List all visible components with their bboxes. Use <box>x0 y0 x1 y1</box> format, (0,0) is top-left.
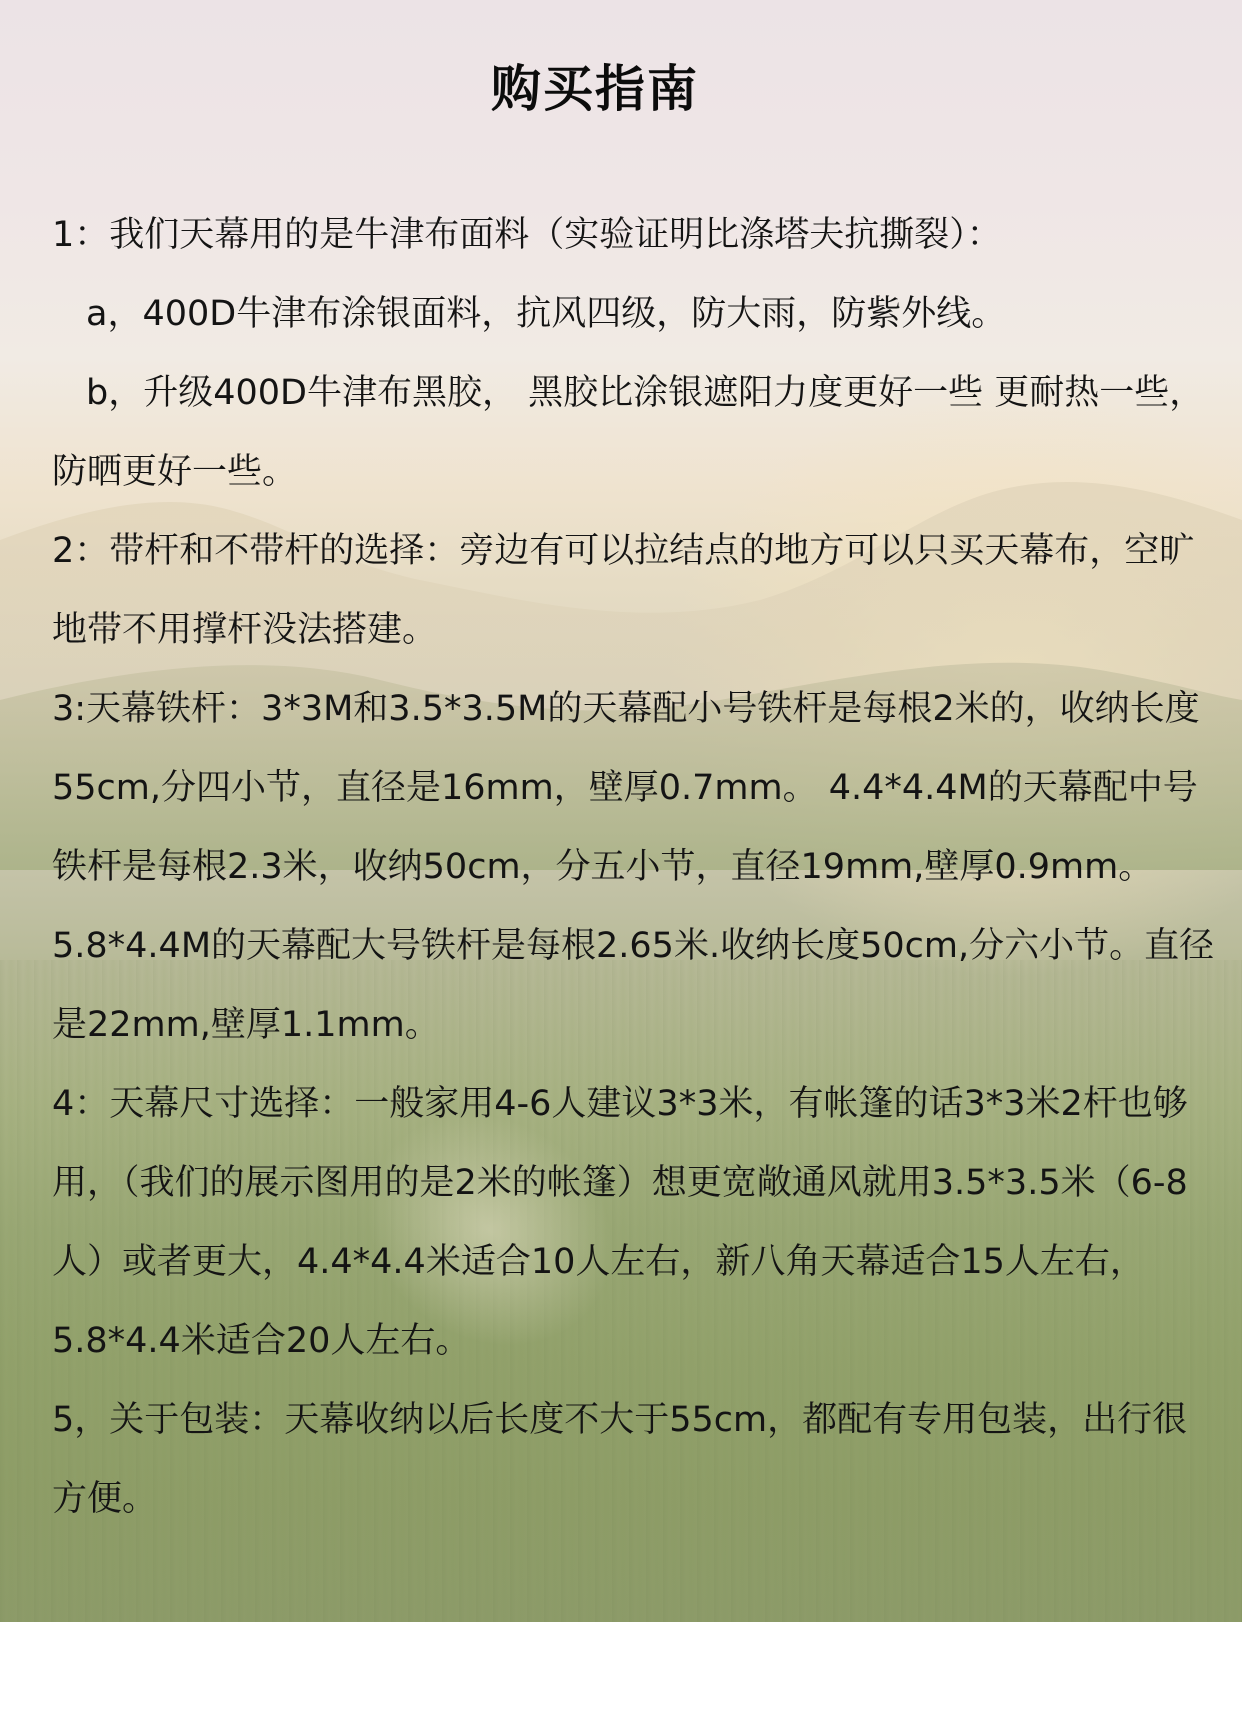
guide-text-line: 铁杆是每根2.3米，收纳50cm，分五小节，直径19mm,壁厚0.9mm。 <box>52 828 1202 907</box>
guide-text-line: 人）或者更大，4.4*4.4米适合10人左右，新八角天幕适合15人左右， <box>52 1223 1202 1302</box>
guide-text-line: 方便。 <box>52 1460 1202 1539</box>
guide-text-line: 用，（我们的展示图用的是2米的帐篷）想更宽敞通风就用3.5*3.5米（6-8 <box>52 1144 1202 1223</box>
guide-text-line: 是22mm,壁厚1.1mm。 <box>52 986 1202 1065</box>
guide-text-line: 防晒更好一些。 <box>52 433 1202 512</box>
guide-text-line: b，升级400D牛津布黑胶， 黑胶比涂银遮阳力度更好一些 更耐热一些， <box>52 354 1202 433</box>
guide-text-line: 1：我们天幕用的是牛津布面料（实验证明比涤塔夫抗撕裂）： <box>52 196 1202 275</box>
guide-text-line: 5.8*4.4M的天幕配大号铁杆是每根2.65米.收纳长度50cm,分六小节。直… <box>52 907 1202 986</box>
guide-text-line: 5.8*4.4米适合20人左右。 <box>52 1302 1202 1381</box>
guide-text-line: a，400D牛津布涂银面料，抗风四级，防大雨，防紫外线。 <box>52 275 1202 354</box>
guide-text-line: 3:天幕铁杆：3*3M和3.5*3.5M的天幕配小号铁杆是每根2米的，收纳长度 <box>52 670 1202 749</box>
guide-text-line: 4：天幕尺寸选择：一般家用4-6人建议3*3米，有帐篷的话3*3米2杆也够 <box>52 1065 1202 1144</box>
guide-body: 1：我们天幕用的是牛津布面料（实验证明比涤塔夫抗撕裂）：a，400D牛津布涂银面… <box>52 196 1202 1539</box>
page-title: 购买指南 <box>0 54 1190 124</box>
guide-text-line: 地带不用撑杆没法搭建。 <box>52 591 1202 670</box>
guide-text-line: 2：带杆和不带杆的选择：旁边有可以拉结点的地方可以只买天幕布，空旷 <box>52 512 1202 591</box>
guide-text-line: 55cm,分四小节，直径是16mm，壁厚0.7mm。 4.4*4.4M的天幕配中… <box>52 749 1202 828</box>
guide-text-line: 5，关于包装：天幕收纳以后长度不大于55cm，都配有专用包装，出行很 <box>52 1381 1202 1460</box>
